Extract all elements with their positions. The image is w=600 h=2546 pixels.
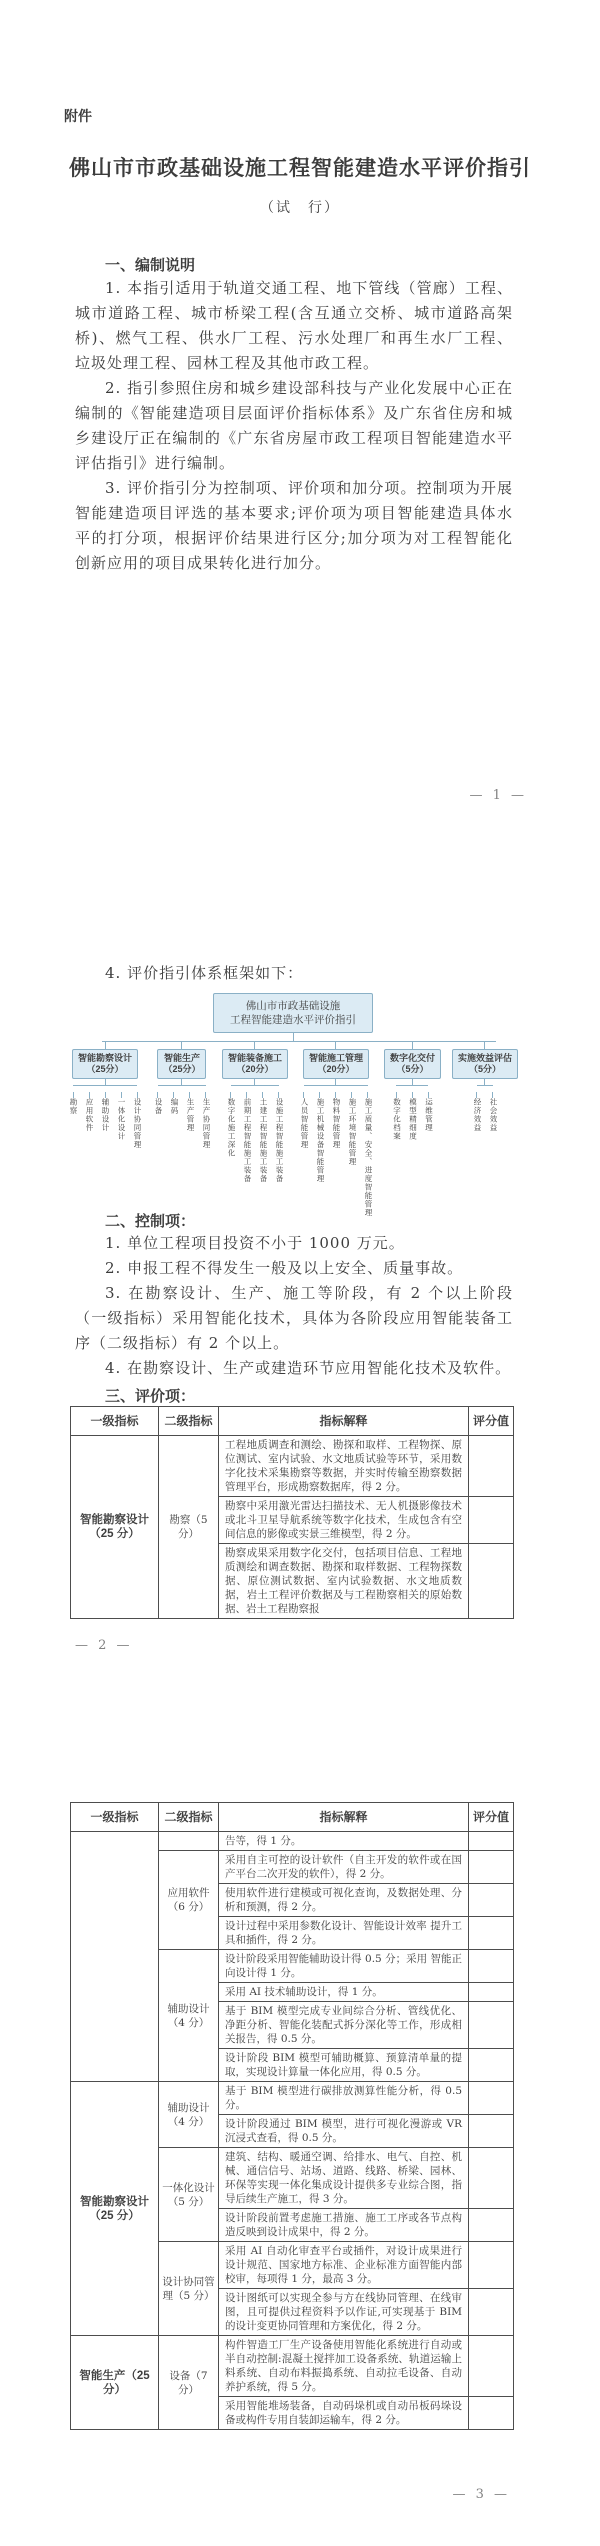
branch-intelligent-production: 智能生产 （25分） 设备 编码 生产管理 生产协同管理	[153, 1049, 211, 1217]
level2-cell: 辅助设计（4 分）	[159, 2082, 219, 2148]
branch-name: 智能施工管理	[309, 1053, 363, 1064]
section-2-heading: 二、控制项：	[105, 1210, 195, 1231]
branch-intelligent-construction-management: 智能施工管理 （20分） 人员智能管理 施工机械设备智能管理 物料智能管理 施工…	[299, 1049, 373, 1217]
connector-line	[181, 1041, 182, 1049]
header-explanation: 指标解释	[219, 1407, 469, 1436]
page-number-1: — 1 —	[469, 788, 527, 803]
section-3-heading: 三、评价项：	[105, 1385, 195, 1406]
score-cell	[469, 1983, 514, 2002]
explanation-cell: 使用软件进行建模或可视化查询，及数据处理、分析和预测，得 2 分。	[219, 1884, 469, 1917]
leaf-label: 施工环境智能管理	[347, 1098, 357, 1166]
level2-cell: 辅助设计（4 分）	[159, 1950, 219, 2082]
control-item: 1. 单位工程项目投资不小于 1000 万元。	[75, 1231, 513, 1256]
page-number-3: — 3 —	[452, 2487, 510, 2502]
branch-digital-delivery: 数字化交付 （5分） 数字化档案 模型精细度 运维管理	[384, 1049, 441, 1217]
leaf-node: 设计协同管理	[132, 1092, 142, 1149]
explanation-cell: 采用 AI 技术辅助设计，得 1 分。	[219, 1983, 469, 2002]
table-row: 告等，得 1 分。	[71, 1832, 514, 1851]
connector-line	[484, 1041, 485, 1049]
score-cell	[469, 2336, 514, 2397]
document-title: 佛山市市政基础设施工程智能建造水平评价指引	[0, 152, 600, 182]
explanation-cell: 勘察中采用激光雷达扫描技术、无人机摄影像技术或北斗卫星导航系统等数字化技术，生成…	[219, 1497, 469, 1544]
leaf-node: 施工质量、安全、进度智能管理	[363, 1092, 373, 1217]
branch-node: 数字化交付 （5分）	[384, 1049, 441, 1079]
leaf-node: 应用软件	[84, 1092, 94, 1149]
leaf-node: 模型精细度	[407, 1092, 417, 1141]
score-cell	[469, 1917, 514, 1950]
table-row: 智能勘察设计（25 分） 勘察（5 分） 工程地质调查和测绘、勘探和取样、工程物…	[71, 1436, 514, 1497]
branch-implementation-benefit-evaluation: 实施效益评估 （5分） 经济效益 社会效益	[452, 1049, 518, 1217]
root-line-2: 工程智能建造水平评价指引	[216, 1013, 370, 1027]
explanation-cell: 工程地质调查和测绘、勘探和取样、工程物探、原位测试、室内试验、水文地质试验等环节…	[219, 1436, 469, 1497]
branch-children: 人员智能管理 施工机械设备智能管理 物料智能管理 施工环境智能管理 施工质量、安…	[299, 1085, 373, 1217]
level1-cell: 智能勘察设计（25 分）	[71, 1436, 159, 1619]
leaf-label: 数字化施工深化	[226, 1098, 236, 1158]
connector-line	[254, 1041, 255, 1049]
leaf-node: 编码	[169, 1092, 179, 1149]
level2-cell: 设计协同管理（5 分）	[159, 2242, 219, 2336]
leaf-node: 人员智能管理	[299, 1092, 309, 1217]
leaf-label: 运维管理	[423, 1098, 433, 1132]
branch-score: （5分）	[390, 1064, 435, 1075]
document-subtitle: （试 行）	[0, 197, 600, 217]
header-level2: 二级指标	[159, 1407, 219, 1436]
connector-line	[105, 1041, 106, 1049]
leaf-label: 一体化设计	[116, 1098, 126, 1141]
score-cell	[469, 2115, 514, 2148]
score-cell	[469, 1436, 514, 1497]
level2-cell: 设备（7 分）	[159, 2336, 219, 2430]
explanation-cell: 采用自主可控的设计软件（自主开发的软件或在国产平台二次开发的软件），得 2 分。	[219, 1851, 469, 1884]
branch-score: （20分）	[228, 1064, 282, 1075]
branch-name: 数字化交付	[390, 1053, 435, 1064]
header-level1: 一级指标	[71, 1407, 159, 1436]
branch-name: 智能装备施工	[228, 1053, 282, 1064]
branch-score: （20分）	[309, 1064, 363, 1075]
root-line-1: 佛山市市政基础设施	[216, 999, 370, 1013]
explanation-cell: 基于 BIM 模型进行碳排放测算性能分析，得 0.5 分。	[219, 2082, 469, 2115]
branch-node: 智能装备施工 （20分）	[222, 1049, 288, 1079]
leaf-node: 前期工程智能施工装备	[242, 1092, 252, 1183]
paragraph: 3. 评价指引分为控制项、评价项和加分项。控制项为开展智能建造项目评选的基本要求…	[75, 476, 513, 576]
level2-cell	[159, 1832, 219, 1851]
leaf-label: 设施工程智能施工装备	[274, 1098, 284, 1183]
leaf-node: 数字化施工深化	[226, 1092, 236, 1183]
explanation-cell: 采用 AI 自动化审查平台或插件，对设计成果进行设计规范、国家地方标准、企业标准…	[219, 2242, 469, 2289]
connector-line	[335, 1041, 336, 1049]
connector-line	[412, 1041, 413, 1049]
branch-name: 实施效益评估	[458, 1053, 512, 1064]
leaf-node: 施工机械设备智能管理	[315, 1092, 325, 1217]
branch-score: （5分）	[458, 1064, 512, 1075]
score-cell	[469, 1950, 514, 1983]
leaf-node: 辅助设计	[100, 1092, 110, 1149]
branch-children: 数字化档案 模型精细度 运维管理	[391, 1085, 433, 1141]
framework-diagram: 佛山市市政基础设施 工程智能建造水平评价指引 智能勘察设计 （25分） 勘察 应…	[68, 993, 518, 1217]
leaf-label: 施工质量、安全、进度智能管理	[363, 1098, 373, 1217]
explanation-cell: 勘察成果采用数字化交付，包括项目信息、工程地质测绘和调查数据、勘探和取样数据、工…	[219, 1544, 469, 1619]
level2-cell: 勘察（5 分）	[159, 1436, 219, 1619]
document-page-stack: 附件 佛山市市政基础设施工程智能建造水平评价指引 （试 行） 一、编制说明 1.…	[0, 0, 600, 2546]
section-1-heading: 一、编制说明	[105, 254, 195, 275]
header-level1: 一级指标	[71, 1803, 159, 1832]
leaf-label: 编码	[169, 1098, 179, 1115]
score-cell	[469, 2242, 514, 2289]
branch-score: （25分）	[163, 1064, 200, 1075]
leaf-label: 物料智能管理	[331, 1098, 341, 1149]
level2-cell: 一体化设计（5 分）	[159, 2148, 219, 2242]
diagram-branches: 智能勘察设计 （25分） 勘察 应用软件 辅助设计 一体化设计 设计协同管理 智…	[68, 1041, 518, 1217]
leaf-node: 设备	[153, 1092, 163, 1149]
score-cell	[469, 2002, 514, 2049]
leaf-label: 勘察	[68, 1098, 78, 1115]
leaf-node: 物料智能管理	[331, 1092, 341, 1217]
level1-cell	[71, 1832, 159, 2082]
leaf-node: 施工环境智能管理	[347, 1092, 357, 1217]
leaf-node: 一体化设计	[116, 1092, 126, 1149]
evaluation-table-page3: 一级指标 二级指标 指标解释 评分值 告等，得 1 分。 应用软件（6 分） 采…	[70, 1802, 514, 2430]
leaf-node: 运维管理	[423, 1092, 433, 1141]
score-cell	[469, 2209, 514, 2242]
leaf-node: 数字化档案	[391, 1092, 401, 1141]
score-cell	[469, 2082, 514, 2115]
branch-children: 经济效益 社会效益	[472, 1085, 498, 1132]
explanation-cell: 设计过程中采用参数化设计、智能设计效率 提升工具和插件，得 2 分。	[219, 1917, 469, 1950]
score-cell	[469, 2049, 514, 2082]
level2-cell: 应用软件（6 分）	[159, 1851, 219, 1950]
paragraph: 1. 本指引适用于轨道交通工程、地下管线（管廊）工程、城市道路工程、城市桥梁工程…	[75, 276, 513, 376]
leaf-label: 人员智能管理	[299, 1098, 309, 1149]
section-1-paragraphs: 1. 本指引适用于轨道交通工程、地下管线（管廊）工程、城市道路工程、城市桥梁工程…	[75, 276, 513, 576]
branch-name: 智能生产	[163, 1053, 200, 1064]
branch-children: 数字化施工深化 前期工程智能施工装备 土建工程智能施工装备 设施工程智能施工装备	[226, 1085, 284, 1183]
leaf-label: 应用软件	[84, 1098, 94, 1132]
branch-node: 智能生产 （25分）	[157, 1049, 206, 1079]
leaf-label: 生产管理	[185, 1098, 195, 1132]
leaf-label: 施工机械设备智能管理	[315, 1098, 325, 1183]
table-header-row: 一级指标 二级指标 指标解释 评分值	[71, 1407, 514, 1436]
score-cell	[469, 1832, 514, 1851]
branch-children: 设备 编码 生产管理 生产协同管理	[153, 1085, 211, 1149]
explanation-cell: 设计阶段通过 BIM 模型，进行可视化漫游或 VR 沉浸式查看，得 0.5 分。	[219, 2115, 469, 2148]
branch-children: 勘察 应用软件 辅助设计 一体化设计 设计协同管理	[68, 1085, 142, 1149]
connector-line	[293, 1033, 294, 1041]
score-cell	[469, 2289, 514, 2336]
leaf-node: 生产管理	[185, 1092, 195, 1149]
framework-intro: 4. 评价指引体系框架如下：	[75, 961, 513, 986]
header-explanation: 指标解释	[219, 1803, 469, 1832]
attachment-label: 附件	[64, 106, 92, 126]
control-item: 3. 在勘察设计、生产、施工等阶段，有 2 个以上阶段（一级指标）采用智能化技术…	[75, 1281, 513, 1356]
score-cell	[469, 2397, 514, 2430]
leaf-label: 土建工程智能施工装备	[258, 1098, 268, 1183]
leaf-label: 设备	[153, 1098, 163, 1115]
explanation-cell: 设计阶段采用智能辅助设计得 0.5 分；采用 智能正向设计得 1 分。	[219, 1950, 469, 1983]
level1-cell: 智能生产（25 分）	[71, 2336, 159, 2430]
branch-node: 智能施工管理 （20分）	[303, 1049, 369, 1079]
page-number-2: — 2 —	[75, 1638, 133, 1653]
table-row: 智能勘察设计（25 分） 辅助设计（4 分） 基于 BIM 模型进行碳排放测算性…	[71, 2082, 514, 2115]
explanation-cell: 设计图纸可以实现全参与方在线协同管理、在线审图，且可提供过程资料予以作证,可实现…	[219, 2289, 469, 2336]
explanation-cell: 基于 BIM 模型完成专业间综合分析、管线优化、净距分析、智能化装配式拆分深化等…	[219, 2002, 469, 2049]
branch-intelligent-equipment-construction: 智能装备施工 （20分） 数字化施工深化 前期工程智能施工装备 土建工程智能施工…	[222, 1049, 288, 1217]
branch-score: （25分）	[78, 1064, 132, 1075]
leaf-label: 数字化档案	[391, 1098, 401, 1141]
leaf-label: 生产协同管理	[201, 1098, 211, 1149]
header-score: 评分值	[469, 1803, 514, 1832]
leaf-node: 土建工程智能施工装备	[258, 1092, 268, 1183]
explanation-cell: 建筑、结构、暖通空调、给排水、电气、自控、机械、通信信号、站场、道路、线路、桥梁…	[219, 2148, 469, 2209]
diagram-root-node: 佛山市市政基础设施 工程智能建造水平评价指引	[213, 993, 373, 1033]
leaf-node: 生产协同管理	[201, 1092, 211, 1149]
table-row: 智能生产（25 分） 设备（7 分） 构件智造工厂生产设备使用智能化系统进行自动…	[71, 2336, 514, 2397]
leaf-label: 辅助设计	[100, 1098, 110, 1132]
leaf-node: 设施工程智能施工装备	[274, 1092, 284, 1183]
leaf-node: 经济效益	[472, 1092, 482, 1132]
leaf-node: 社会效益	[488, 1092, 498, 1132]
evaluation-table-page2: 一级指标 二级指标 指标解释 评分值 智能勘察设计（25 分） 勘察（5 分） …	[70, 1406, 514, 1619]
branch-intelligent-survey-design: 智能勘察设计 （25分） 勘察 应用软件 辅助设计 一体化设计 设计协同管理	[68, 1049, 142, 1217]
explanation-cell: 设计阶段 BIM 模型可辅助概算、预算清单量的提取，实现设计算量一体化应用，得 …	[219, 2049, 469, 2082]
leaf-label: 社会效益	[488, 1098, 498, 1132]
explanation-cell: 告等，得 1 分。	[219, 1832, 469, 1851]
score-cell	[469, 1497, 514, 1544]
explanation-cell: 构件智造工厂生产设备使用智能化系统进行自动或半自动控制:混凝土搅拌加工设备系统、…	[219, 2336, 469, 2397]
paragraph: 4. 评价指引体系框架如下：	[75, 961, 513, 986]
control-item: 2. 申报工程不得发生一般及以上安全、质量事故。	[75, 1256, 513, 1281]
table-header-row: 一级指标 二级指标 指标解释 评分值	[71, 1803, 514, 1832]
leaf-label: 前期工程智能施工装备	[242, 1098, 252, 1183]
score-cell	[469, 2148, 514, 2209]
branch-node: 智能勘察设计 （25分）	[72, 1049, 138, 1079]
branch-name: 智能勘察设计	[78, 1053, 132, 1064]
control-items: 1. 单位工程项目投资不小于 1000 万元。 2. 申报工程不得发生一般及以上…	[75, 1231, 513, 1381]
branch-node: 实施效益评估 （5分）	[452, 1049, 518, 1079]
score-cell	[469, 1884, 514, 1917]
header-score: 评分值	[469, 1407, 514, 1436]
control-item: 4. 在勘察设计、生产或建造环节应用智能化技术及软件。	[75, 1356, 513, 1381]
level1-cell: 智能勘察设计（25 分）	[71, 2082, 159, 2336]
leaf-node: 勘察	[68, 1092, 78, 1149]
leaf-label: 经济效益	[472, 1098, 482, 1132]
score-cell	[469, 1544, 514, 1619]
explanation-cell: 设计阶段前置考虑施工措施、施工工序或各节点构造反映到设计成果中，得 2 分。	[219, 2209, 469, 2242]
paragraph: 2. 指引参照住房和城乡建设部科技与产业化发展中心正在编制的《智能建造项目层面评…	[75, 376, 513, 476]
header-level2: 二级指标	[159, 1803, 219, 1832]
leaf-label: 设计协同管理	[132, 1098, 142, 1149]
score-cell	[469, 1851, 514, 1884]
leaf-label: 模型精细度	[407, 1098, 417, 1141]
explanation-cell: 采用智能堆场装备，自动码垛机或自动吊板码垛设备或构件专用自装卸运输车，得 2 分…	[219, 2397, 469, 2430]
